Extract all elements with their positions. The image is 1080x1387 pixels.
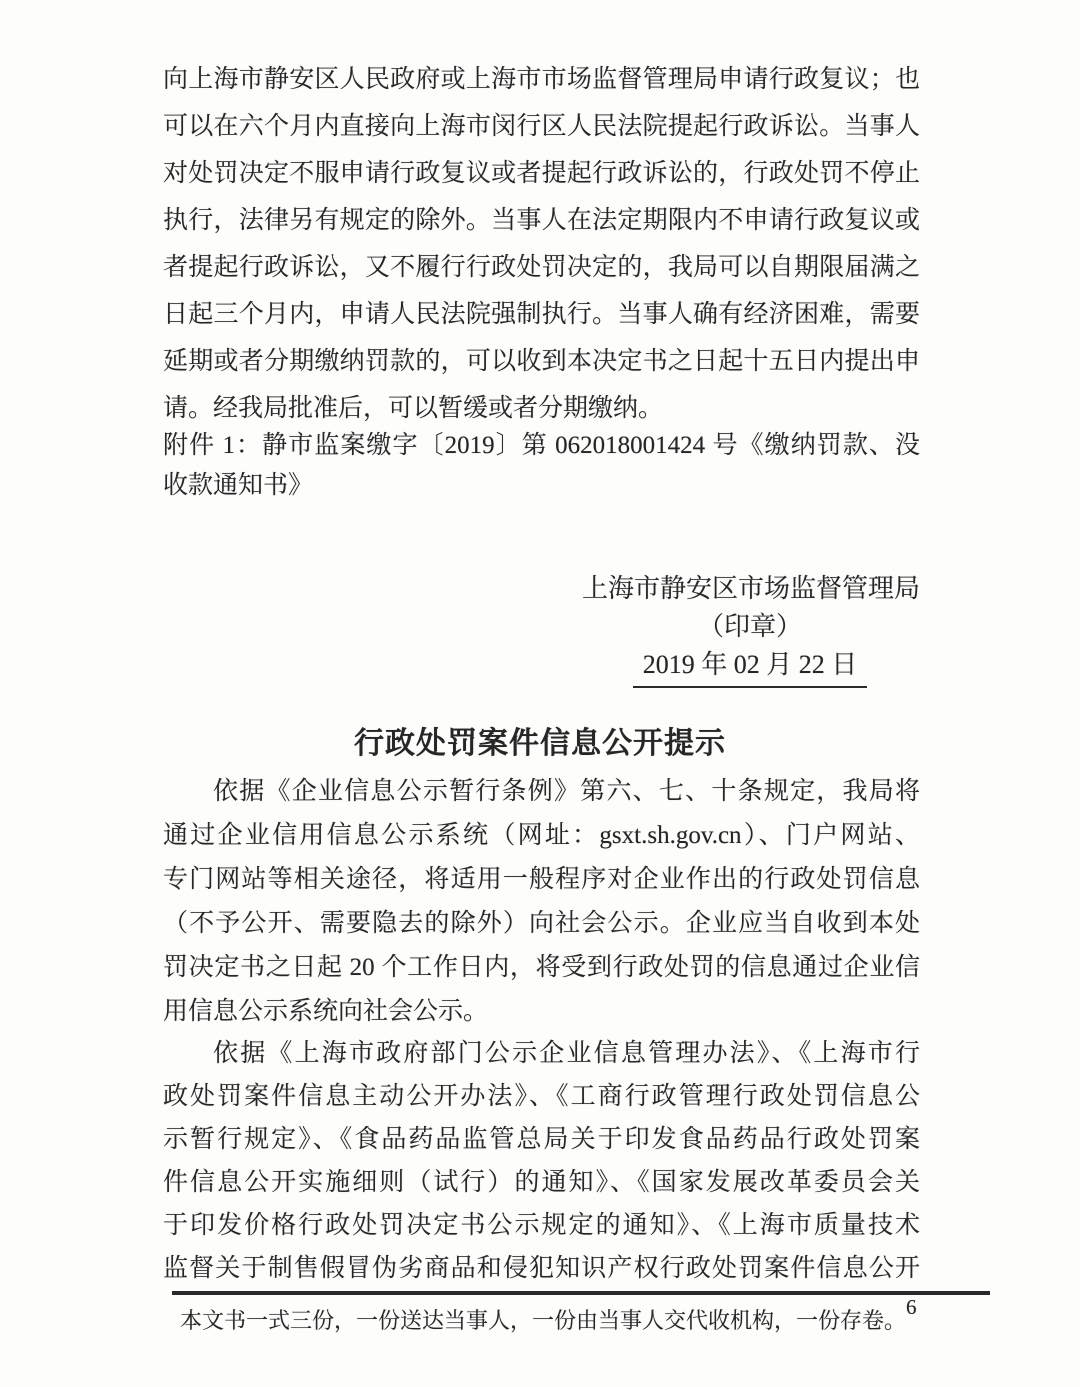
text-line: 可以在六个月内直接向上海市闵行区人民法院提起行政诉讼。当事人	[163, 103, 920, 150]
seal-note: （印章）	[580, 608, 920, 646]
text-line: 通过企业信用信息公示系统（网址：gsxt.sh.gov.cn）、门户网站、	[163, 814, 920, 858]
text-line: 附件 1：静市监案缴字〔2019〕第 062018001424 号《缴纳罚款、没	[163, 426, 920, 466]
text-line: 政处罚案件信息主动公开办法》、《工商行政管理行政处罚信息公	[163, 1075, 920, 1118]
text-line: 对处罚决定不服申请行政复议或者提起行政诉讼的，行政处罚不停止	[163, 150, 920, 197]
footer-note: 本文书一式三份，一份送达当事人，一份由当事人交代收机构，一份存卷。	[180, 1303, 940, 1339]
text-line: 收款通知书》	[163, 466, 920, 506]
penalty-decision-body: 向上海市静安区人民政府或上海市市场监督管理局申请行政复议；也 可以在六个月内直接…	[163, 56, 920, 432]
agency-name: 上海市静安区市场监督管理局	[580, 570, 920, 608]
decision-date: 2019 年 02 月 22 日	[580, 646, 920, 688]
text-line: 专门网站等相关途径，将适用一般程序对企业作出的行政处罚信息	[163, 858, 920, 902]
text-line: 示暂行规定》、《食品药品监管总局关于印发食品药品行政处罚案	[163, 1118, 920, 1161]
text-line: 日起三个月内，申请人民法院强制执行。当事人确有经济困难，需要	[163, 291, 920, 338]
text-line: 执行，法律另有规定的除外。当事人在法定期限内不申请行政复议或	[163, 197, 920, 244]
document-page: 向上海市静安区人民政府或上海市市场监督管理局申请行政复议；也 可以在六个月内直接…	[0, 0, 1080, 1387]
text-line: （不予公开、需要隐去的除外）向社会公示。企业应当自收到本处	[163, 902, 920, 946]
text-line: 件信息公开实施细则（试行）的通知》、《国家发展改革委员会关	[163, 1161, 920, 1204]
text-line: 于印发价格行政处罚决定书公示规定的通知》、《上海市质量技术	[163, 1204, 920, 1247]
notice-title: 行政处罚案件信息公开提示	[0, 722, 1080, 766]
text-line: 罚决定书之日起 20 个工作日内，将受到行政处罚的信息通过企业信	[163, 946, 920, 990]
signature-block: 上海市静安区市场监督管理局 （印章） 2019 年 02 月 22 日	[580, 570, 920, 688]
text-line: 延期或者分期缴纳罚款的，可以收到本决定书之日起十五日内提出申	[163, 338, 920, 385]
text-line: 监督关于制售假冒伪劣商品和侵犯知识产权行政处罚案件信息公开	[163, 1247, 920, 1290]
notice-paragraph-2: 依据《上海市政府部门公示企业信息管理办法》、《上海市行 政处罚案件信息主动公开办…	[163, 1032, 920, 1290]
text-line: 请。经我局批准后，可以暂缓或者分期缴纳。	[163, 385, 920, 432]
attachment-note: 附件 1：静市监案缴字〔2019〕第 062018001424 号《缴纳罚款、没…	[163, 426, 920, 506]
text-line: 向上海市静安区人民政府或上海市市场监督管理局申请行政复议；也	[163, 56, 920, 103]
text-line: 依据《上海市政府部门公示企业信息管理办法》、《上海市行	[163, 1032, 920, 1075]
notice-paragraph-1: 依据《企业信息公示暂行条例》第六、七、十条规定，我局将 通过企业信用信息公示系统…	[163, 770, 920, 1034]
page-number: 6	[906, 1295, 917, 1319]
text-line: 依据《企业信息公示暂行条例》第六、七、十条规定，我局将	[163, 770, 920, 814]
footer-divider	[172, 1291, 990, 1295]
text-line: 者提起行政诉讼，又不履行行政处罚决定的，我局可以自期限届满之	[163, 244, 920, 291]
text-line: 用信息公示系统向社会公示。	[163, 990, 920, 1034]
